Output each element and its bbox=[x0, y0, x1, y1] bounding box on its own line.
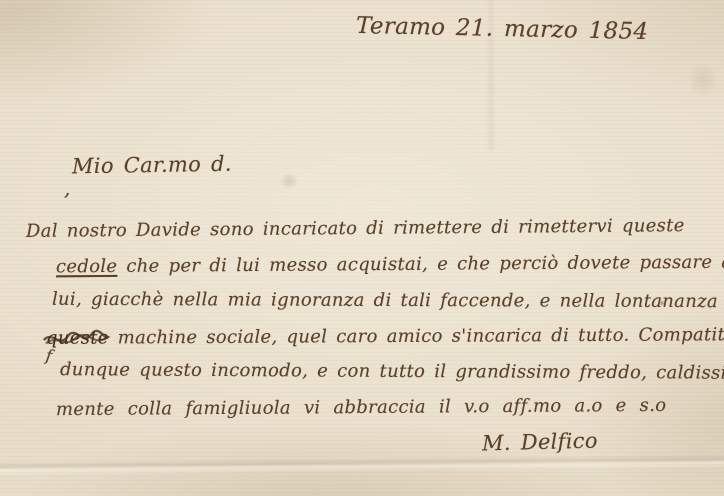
paper-fold-horizontal bbox=[0, 454, 724, 476]
salutation: Mio Car.mo d. bbox=[72, 152, 232, 179]
underlined-word: cedole bbox=[56, 256, 117, 277]
signature: M. Delfico bbox=[482, 428, 598, 455]
body-line: Dal nostro Davide sono incaricato di rim… bbox=[26, 215, 685, 242]
ink-mark: , bbox=[64, 176, 71, 200]
blotted-word: queste bbox=[46, 327, 109, 348]
body-line: queste machine sociale, quel caro amico … bbox=[46, 324, 724, 349]
body-line-text: che per di lui messo acquistai, e che pe… bbox=[117, 252, 724, 277]
body-line: dunque questo incomodo, e con tutto il g… bbox=[60, 359, 724, 384]
body-line-text: machine sociale, quel caro amico s'incar… bbox=[109, 324, 724, 348]
dateline: Teramo 21. marzo 1854 bbox=[356, 13, 649, 45]
body-line: cedole che per di lui messo acquistai, e… bbox=[56, 252, 724, 278]
letter-page: Teramo 21. marzo 1854 , Mio Car.mo d. Da… bbox=[0, 0, 724, 496]
paper-stain bbox=[690, 60, 716, 100]
paper-smudge bbox=[278, 174, 300, 188]
correction-mark: f bbox=[45, 346, 54, 366]
body-line: mente colla famigliuola vi abbraccia il … bbox=[56, 395, 666, 420]
body-line: lui, giacchè nella mia ignoranza di tali… bbox=[52, 289, 724, 312]
